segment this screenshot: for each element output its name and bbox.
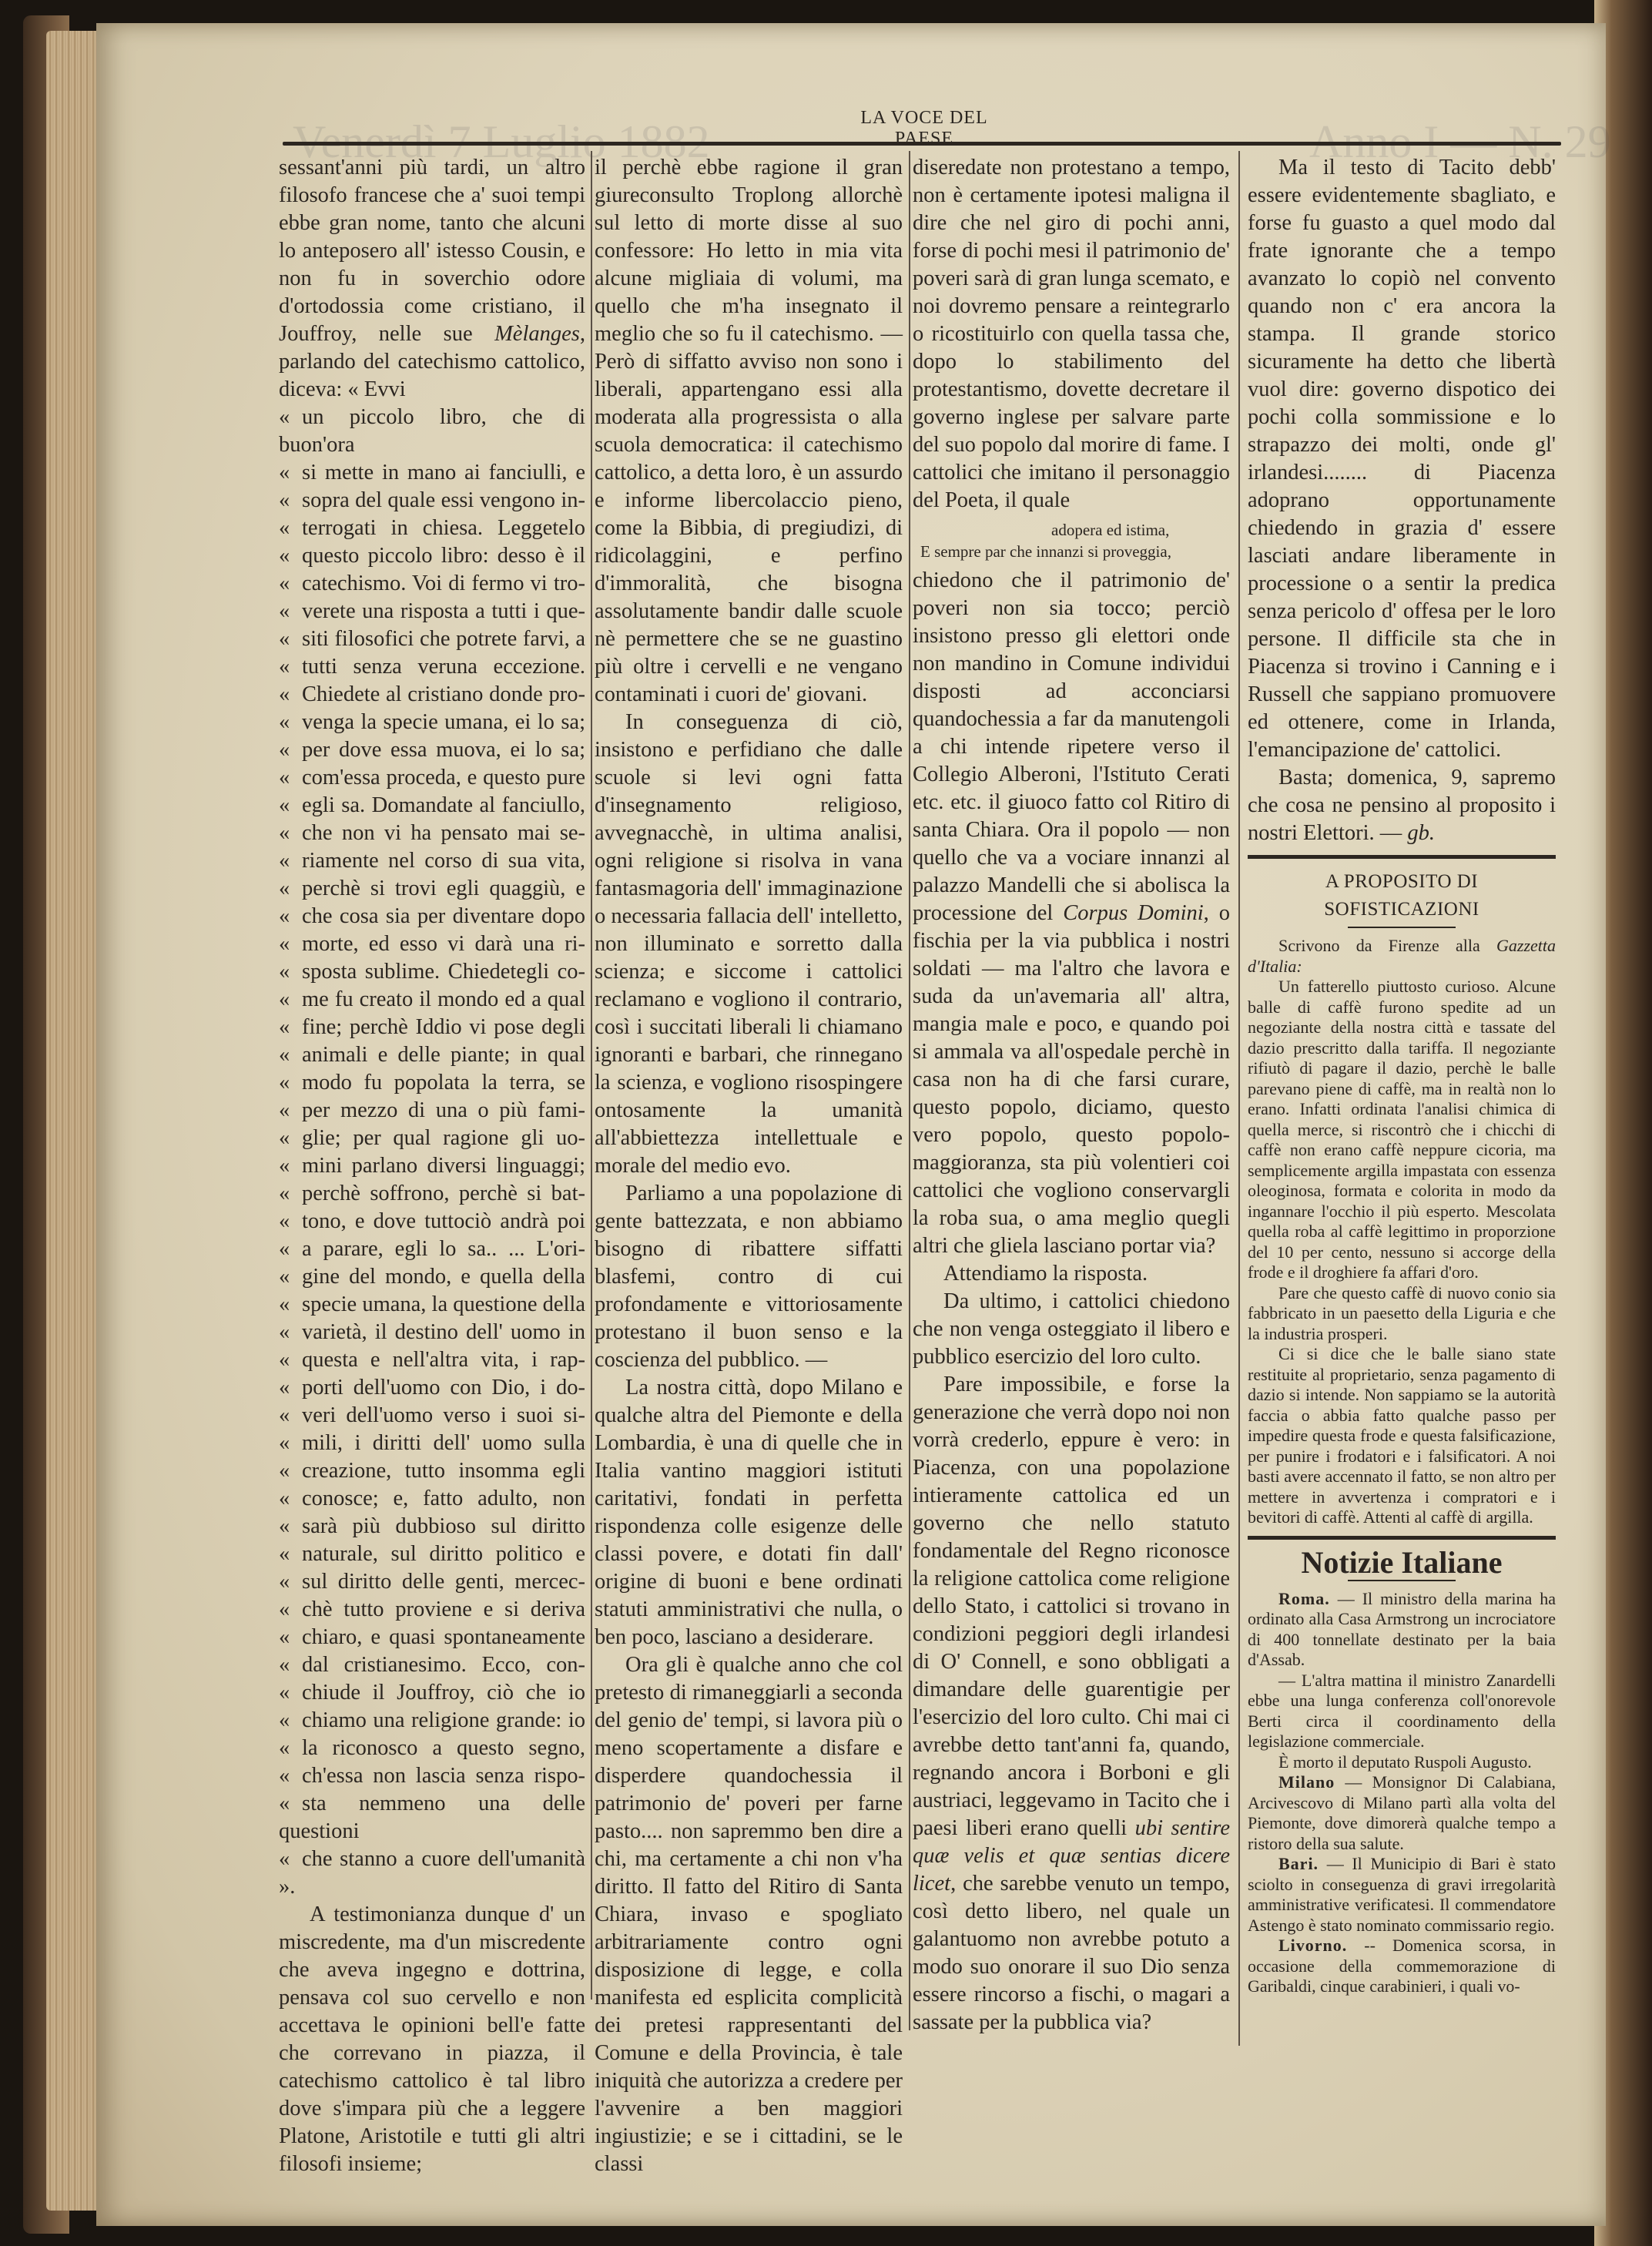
quote-mark: «: [279, 1235, 302, 1263]
quote-mark: «: [279, 625, 302, 653]
italic-title: Mèlanges: [494, 322, 580, 346]
section-heading-notizie: Notizie Italiane: [1248, 1549, 1556, 1577]
column-divider: [909, 151, 910, 2030]
quote-mark: «: [279, 598, 302, 625]
quote-mark: «: [279, 1180, 302, 1208]
quote-mark: «: [279, 1125, 302, 1152]
column-1: sessant'anni più tardi, un altro filosof…: [279, 154, 585, 2178]
quote-line: «animali e delle piante; in qual: [279, 1041, 585, 1069]
quote-line: «la riconosco a questo segno,: [279, 1735, 585, 1762]
column-divider: [1238, 151, 1240, 2046]
quote-line: «che stanno a cuore dell'umanità ».: [279, 1845, 585, 1901]
quote-line: «chè tutto proviene e si deriva: [279, 1596, 585, 1624]
quote-mark: «: [279, 847, 302, 875]
article-paragraph: Parliamo a una popolazione di gente batt…: [595, 1180, 903, 1374]
quote-line: «tono, e dove tuttociò andrà poi: [279, 1208, 585, 1235]
quote-mark: «: [279, 1624, 302, 1651]
quote-line: «conosce; e, fatto adulto, non: [279, 1485, 585, 1513]
article-paragraph: La nostra città, dopo Milano e qualche a…: [595, 1374, 903, 1651]
quote-line: «sta nemmeno una delle questioni: [279, 1790, 585, 1845]
quote-mark: «: [279, 1291, 302, 1319]
quote-line: «a parare, egli lo sa.. ... L'ori-: [279, 1235, 585, 1263]
quote-line: «questa e nell'altra vita, i rap-: [279, 1346, 585, 1374]
quote-mark: «: [279, 958, 302, 986]
quote-mark: «: [279, 570, 302, 598]
quote-mark: «: [279, 1402, 302, 1430]
quote-line: «mini parlano diversi linguaggi;: [279, 1152, 585, 1180]
quote-mark: «: [279, 1651, 302, 1679]
quote-line: «naturale, sul diritto politico e: [279, 1540, 585, 1568]
quote-line: «chiaro, e quasi spontaneamente: [279, 1624, 585, 1651]
quote-line: «varietà, il destino dell' uomo in: [279, 1319, 585, 1346]
quote-mark: «: [279, 820, 302, 847]
news-city: Bari.: [1278, 1854, 1319, 1873]
verse-line: E sempre par che innanzi si proveggia,: [913, 541, 1230, 562]
news-list: Roma. — Il ministro della marina ha ordi…: [1248, 1589, 1556, 1997]
quote-line: «modo fu popolata la terra, se: [279, 1069, 585, 1097]
section-rule: [1248, 1536, 1556, 1540]
news-item: Bari. — Il Municipio di Bari è stato sci…: [1248, 1854, 1556, 1936]
quote-line: «morte, ed esso vi darà una ri-: [279, 930, 585, 958]
quote-mark: «: [279, 459, 302, 487]
quote-mark: «: [279, 1790, 302, 1818]
quote-line: «fine; perchè Iddio vi pose degli: [279, 1014, 585, 1041]
quote-mark: «: [279, 1263, 302, 1291]
verse-line: adopera ed istima,: [913, 519, 1230, 541]
quote-line: «mili, i diritti dell' uomo sulla: [279, 1430, 585, 1457]
quote-mark: «: [279, 1097, 302, 1125]
quote-line: «un piccolo libro, che di buon'ora: [279, 404, 585, 459]
article-paragraph: Da ultimo, i cattolici chiedono che non …: [913, 1288, 1230, 1371]
quote-line: «venga la specie umana, ei lo sa;: [279, 709, 585, 736]
article-paragraph: Ci si dice che le balle siano state rest…: [1248, 1344, 1556, 1528]
article-paragraph: In conseguenza di ciò, insistono e perfi…: [595, 709, 903, 1180]
quote-mark: «: [279, 1845, 302, 1873]
news-item: Livorno. -- Domenica scorsa, in occasion…: [1248, 1936, 1556, 1997]
quote-line: «verete una risposta a tutti i que-: [279, 598, 585, 625]
quote-line: «questo piccolo libro: desso è il: [279, 542, 585, 570]
quote-line: «sul diritto delle genti, mercec-: [279, 1568, 585, 1596]
quote-mark: «: [279, 1457, 302, 1485]
quote-mark: «: [279, 1513, 302, 1540]
quote-mark: «: [279, 1568, 302, 1596]
quote-mark: «: [279, 1540, 302, 1568]
quote-mark: «: [279, 1014, 302, 1041]
quote-line: «siti filosofici che potrete farvi, a: [279, 625, 585, 653]
article-paragraph: A testimonianza dunque d' un miscredente…: [279, 1901, 585, 2178]
quote-mark: «: [279, 1430, 302, 1457]
quote-line: «veri dell'uomo verso i suoi si-: [279, 1402, 585, 1430]
column-3: diseredate non protestano a tempo, non è…: [913, 154, 1230, 2036]
column-2: il perchè ebbe ragione il gran giurecons…: [595, 154, 903, 2178]
quote-line: «me fu creato il mondo ed a qual: [279, 986, 585, 1014]
quote-line: «che cosa sia per diventare dopo: [279, 903, 585, 930]
quote-mark: «: [279, 1485, 302, 1513]
article-paragraph: Basta; domenica, 9, sapremo che cosa ne …: [1248, 764, 1556, 847]
quote-line: «che non vi ha pensato mai se-: [279, 820, 585, 847]
quote-mark: «: [279, 404, 302, 431]
article-paragraph: Un fatterello piuttosto curioso. Alcune …: [1248, 977, 1556, 1283]
quote-mark: «: [279, 1679, 302, 1707]
quote-mark: «: [279, 1208, 302, 1235]
quote-line: «perchè soffrono, perchè si bat-: [279, 1180, 585, 1208]
heading-underline: [1348, 1580, 1456, 1581]
news-item: — L'altra mattina il ministro Zanardelli…: [1248, 1671, 1556, 1752]
article-paragraph: Scrivono da Firenze alla Gazzetta d'Ital…: [1248, 936, 1556, 977]
quote-line: «terrogati in chiesa. Leggetelo: [279, 515, 585, 542]
article-paragraph: Ma il testo di Tacito debb' essere evide…: [1248, 154, 1556, 764]
quote-line: «chiude il Jouffroy, ciò che io: [279, 1679, 585, 1707]
quote-line: «perchè si trovi egli quaggiù, e: [279, 875, 585, 903]
quote-line: «gine del mondo, e quella della: [279, 1263, 585, 1291]
news-city: Milano: [1278, 1772, 1335, 1792]
article-paragraph: sessant'anni più tardi, un altro filosof…: [279, 154, 585, 404]
quote-mark: «: [279, 1346, 302, 1374]
quote-mark: «: [279, 903, 302, 930]
quote-line: «creazione, tutto insomma egli: [279, 1457, 585, 1485]
column-divider: [591, 151, 592, 2000]
quote-line: «sposta sublime. Chiedetegli co-: [279, 958, 585, 986]
quote-line: «riamente nel corso di sua vita,: [279, 847, 585, 875]
article-paragraph: Pare che questo caffè di nuovo conio sia…: [1248, 1283, 1556, 1345]
quote-mark: «: [279, 515, 302, 542]
quote-line: «sopra del quale essi vengono in-: [279, 487, 585, 515]
quote-mark: «: [279, 875, 302, 903]
section-sofisticazioni-body: Scrivono da Firenze alla Gazzetta d'Ital…: [1248, 936, 1556, 1528]
quote-mark: «: [279, 1707, 302, 1735]
quote-mark: «: [279, 1041, 302, 1069]
quote-line: «chiamo una religione grande: io: [279, 1707, 585, 1735]
news-item: Roma. — Il ministro della marina ha ordi…: [1248, 1589, 1556, 1671]
quote-mark: «: [279, 681, 302, 709]
quote-line: «sarà più dubbioso sul diritto: [279, 1513, 585, 1540]
page-stack-edge: [46, 31, 100, 2211]
author-signature: gb.: [1407, 821, 1435, 845]
article-paragraph: Attendiamo la risposta.: [913, 1260, 1230, 1288]
quote-line: «Chiedete al cristiano donde pro-: [279, 681, 585, 709]
quote-mark: «: [279, 1596, 302, 1624]
quote-line: «tutti senza veruna eccezione.: [279, 653, 585, 681]
quote-line: «glie; per qual ragione gli uo-: [279, 1125, 585, 1152]
quote-mark: «: [279, 1374, 302, 1402]
quote-mark: «: [279, 764, 302, 792]
article-paragraph: diseredate non protestano a tempo, non è…: [913, 154, 1230, 515]
italic-phrase: Corpus Domini: [1063, 901, 1203, 925]
quote-mark: «: [279, 1152, 302, 1180]
article-paragraph: il perchè ebbe ragione il gran giurecons…: [595, 154, 903, 709]
quote-mark: «: [279, 1735, 302, 1762]
quote-mark: «: [279, 792, 302, 820]
quote-mark: «: [279, 653, 302, 681]
quote-line: «ch'essa non lascia senza rispo-: [279, 1762, 585, 1790]
quote-mark: «: [279, 709, 302, 736]
quote-mark: «: [279, 1762, 302, 1790]
news-city: Livorno.: [1278, 1936, 1347, 1955]
quote-mark: «: [279, 986, 302, 1014]
quote-mark: «: [279, 930, 302, 958]
poem-quote: adopera ed istima, E sempre par che inna…: [913, 519, 1230, 562]
quote-line: «specie umana, la questione della: [279, 1291, 585, 1319]
quote-mark: «: [279, 542, 302, 570]
column-4: Ma il testo di Tacito debb' essere evide…: [1248, 154, 1556, 1997]
quote-mark: «: [279, 1069, 302, 1097]
quote-line: «egli sa. Domandate al fanciullo,: [279, 792, 585, 820]
article-paragraph: Ora gli è qualche anno che col pretesto …: [595, 1651, 903, 2178]
quote-line: «per mezzo di una o più fami-: [279, 1097, 585, 1125]
news-city: Roma.: [1278, 1589, 1330, 1608]
masthead-rule: [283, 142, 1561, 146]
quote-line: «dal cristianesimo. Ecco, con-: [279, 1651, 585, 1679]
quote-line: «per dove essa muova, ei lo sa;: [279, 736, 585, 764]
section-rule: [1248, 855, 1556, 859]
article-paragraph: Pare impossibile, e forse la generazione…: [913, 1371, 1230, 2036]
news-item: È morto il deputato Ruspoli Augusto.: [1248, 1752, 1556, 1773]
jouffroy-quote: «un piccolo libro, che di buon'ora«si me…: [279, 404, 585, 1901]
quote-line: «porti dell'uomo con Dio, i do-: [279, 1374, 585, 1402]
section-heading-sofisticazioni: A PROPOSITO DI SOFISTICAZIONI: [1248, 868, 1556, 924]
article-paragraph: chiedono che il patrimonio de' poveri no…: [913, 567, 1230, 1260]
quote-line: «catechismo. Voi di fermo vi tro-: [279, 570, 585, 598]
heading-underline: [1348, 927, 1456, 928]
quote-line: «si mette in mano ai fanciulli, e: [279, 459, 585, 487]
quote-line: «com'essa proceda, e questo pure: [279, 764, 585, 792]
quote-mark: «: [279, 1319, 302, 1346]
quote-mark: «: [279, 487, 302, 515]
quote-mark: «: [279, 736, 302, 764]
news-item: Milano — Monsignor Di Calabiana, Arcives…: [1248, 1772, 1556, 1854]
